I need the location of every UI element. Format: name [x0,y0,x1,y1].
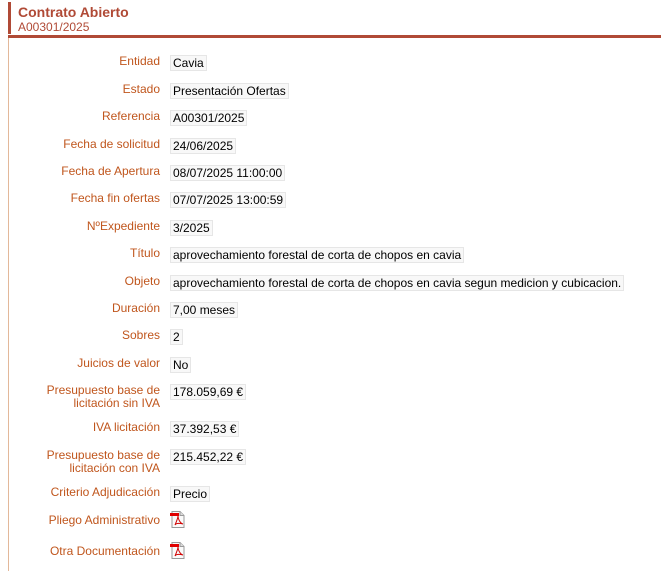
page-header: Contrato Abierto A00301/2025 [8,2,661,34]
field-value: 37.392,53 € [170,421,239,437]
field-value: No [170,357,191,373]
field-label: Fecha de Apertura [0,165,160,178]
field-value: 2 [170,329,183,345]
field-label: Presupuesto base delicitación sin IVA [0,384,160,410]
field-value: aprovechamiento forestal de corta de cho… [170,247,464,263]
field-value: Cavia [170,55,207,71]
field-value: 215.452,22 € [170,449,246,465]
field-value: 08/07/2025 11:00:00 [170,165,285,181]
field-label: Objeto [0,275,160,288]
field-label: Entidad [0,55,160,68]
field-value: A00301/2025 [170,110,247,126]
field-value: Presentación Ofertas [170,83,289,99]
field-value: 3/2025 [170,220,213,236]
field-value: 24/06/2025 [170,138,236,154]
contract-reference: A00301/2025 [18,20,661,34]
pdf-icon[interactable] [170,511,185,528]
page-title: Contrato Abierto [18,4,661,20]
field-label: Criterio Adjudicación [0,486,160,499]
field-label: Duración [0,302,160,315]
field-label: Pliego Administrativo [0,514,160,527]
field-value: 07/07/2025 13:00:59 [170,192,286,208]
field-label: Otra Documentación [0,545,160,558]
field-value: 7,00 meses [170,302,238,318]
field-value: aprovechamiento forestal de corta de cho… [170,275,624,291]
field-label: Presupuesto base delicitación con IVA [0,449,160,475]
field-label: Fecha de solicitud [0,138,160,151]
field-label: IVA licitación [0,421,160,434]
pdf-icon[interactable] [170,542,185,559]
field-label: Referencia [0,110,160,123]
field-label: Fecha fin ofertas [0,192,160,205]
field-label: Juicios de valor [0,357,160,370]
field-label: Estado [0,83,160,96]
field-label: Sobres [0,329,160,342]
field-value: 178.059,69 € [170,384,246,400]
field-value: Precio [170,486,210,502]
field-label: NºExpediente [0,220,160,233]
field-label: Título [0,247,160,260]
header-divider [8,35,661,38]
